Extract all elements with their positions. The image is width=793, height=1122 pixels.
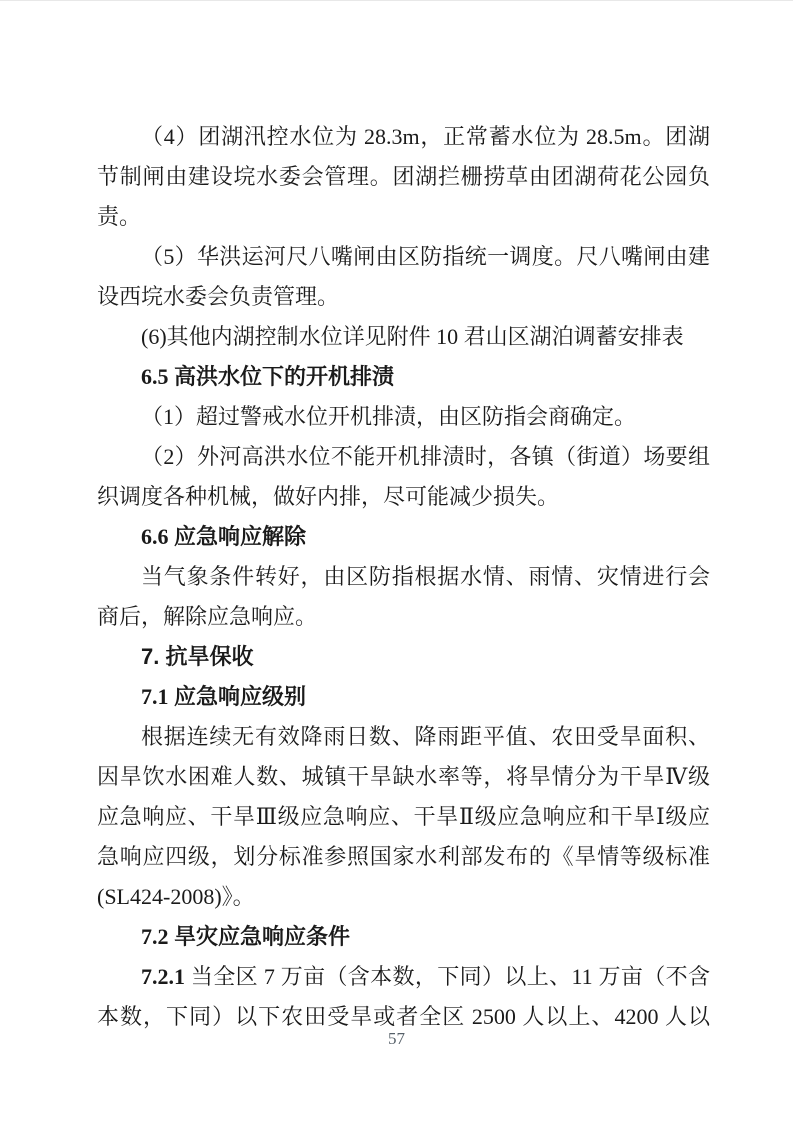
- paragraph-item-4: （4）团湖汛控水位为 28.3m，正常蓄水位为 28.5m。团湖节制闸由建设垸水…: [97, 117, 710, 237]
- paragraph-response-release: 当气象条件转好，由区防指根据水情、雨情、灾情进行会商后，解除应急响应。: [97, 557, 710, 637]
- heading-7-1: 7.1 应急响应级别: [97, 677, 710, 717]
- paragraph-drought-levels: 根据连续无有效降雨日数、降雨距平值、农田受旱面积、因旱饮水困难人数、城镇干旱缺水…: [97, 717, 710, 917]
- heading-6-6: 6.6 应急响应解除: [97, 517, 710, 557]
- heading-6-5: 6.5 高洪水位下的开机排渍: [97, 357, 710, 397]
- paragraph-item-2: （2）外河高洪水位不能开机排渍时，各镇（街道）场要组织调度各种机械，做好内排，尽…: [97, 437, 710, 517]
- paragraph-7-2-1: 7.2.1 当全区 7 万亩（含本数，下同）以上、11 万亩（不含本数，下同）以…: [97, 957, 710, 1037]
- paragraph-item-5: （5）华洪运河尺八嘴闸由区防指统一调度。尺八嘴闸由建设西垸水委会负责管理。: [97, 237, 710, 317]
- heading-7-2: 7.2 旱灾应急响应条件: [97, 917, 710, 957]
- heading-7: 7. 抗旱保收: [97, 637, 710, 677]
- document-body: （4）团湖汛控水位为 28.3m，正常蓄水位为 28.5m。团湖节制闸由建设垸水…: [97, 117, 710, 1037]
- paragraph-7-2-1-number: 7.2.1: [141, 964, 185, 989]
- paragraph-7-2-1-text: 当全区 7 万亩（含本数，下同）以上、11 万亩（不含本数，下同）以下农田受旱或…: [97, 964, 710, 1029]
- paragraph-item-1: （1）超过警戒水位开机排渍，由区防指会商确定。: [97, 397, 710, 437]
- page-number: 57: [0, 1027, 793, 1051]
- paragraph-item-6: (6)其他内湖控制水位详见附件 10 君山区湖泊调蓄安排表: [97, 317, 710, 357]
